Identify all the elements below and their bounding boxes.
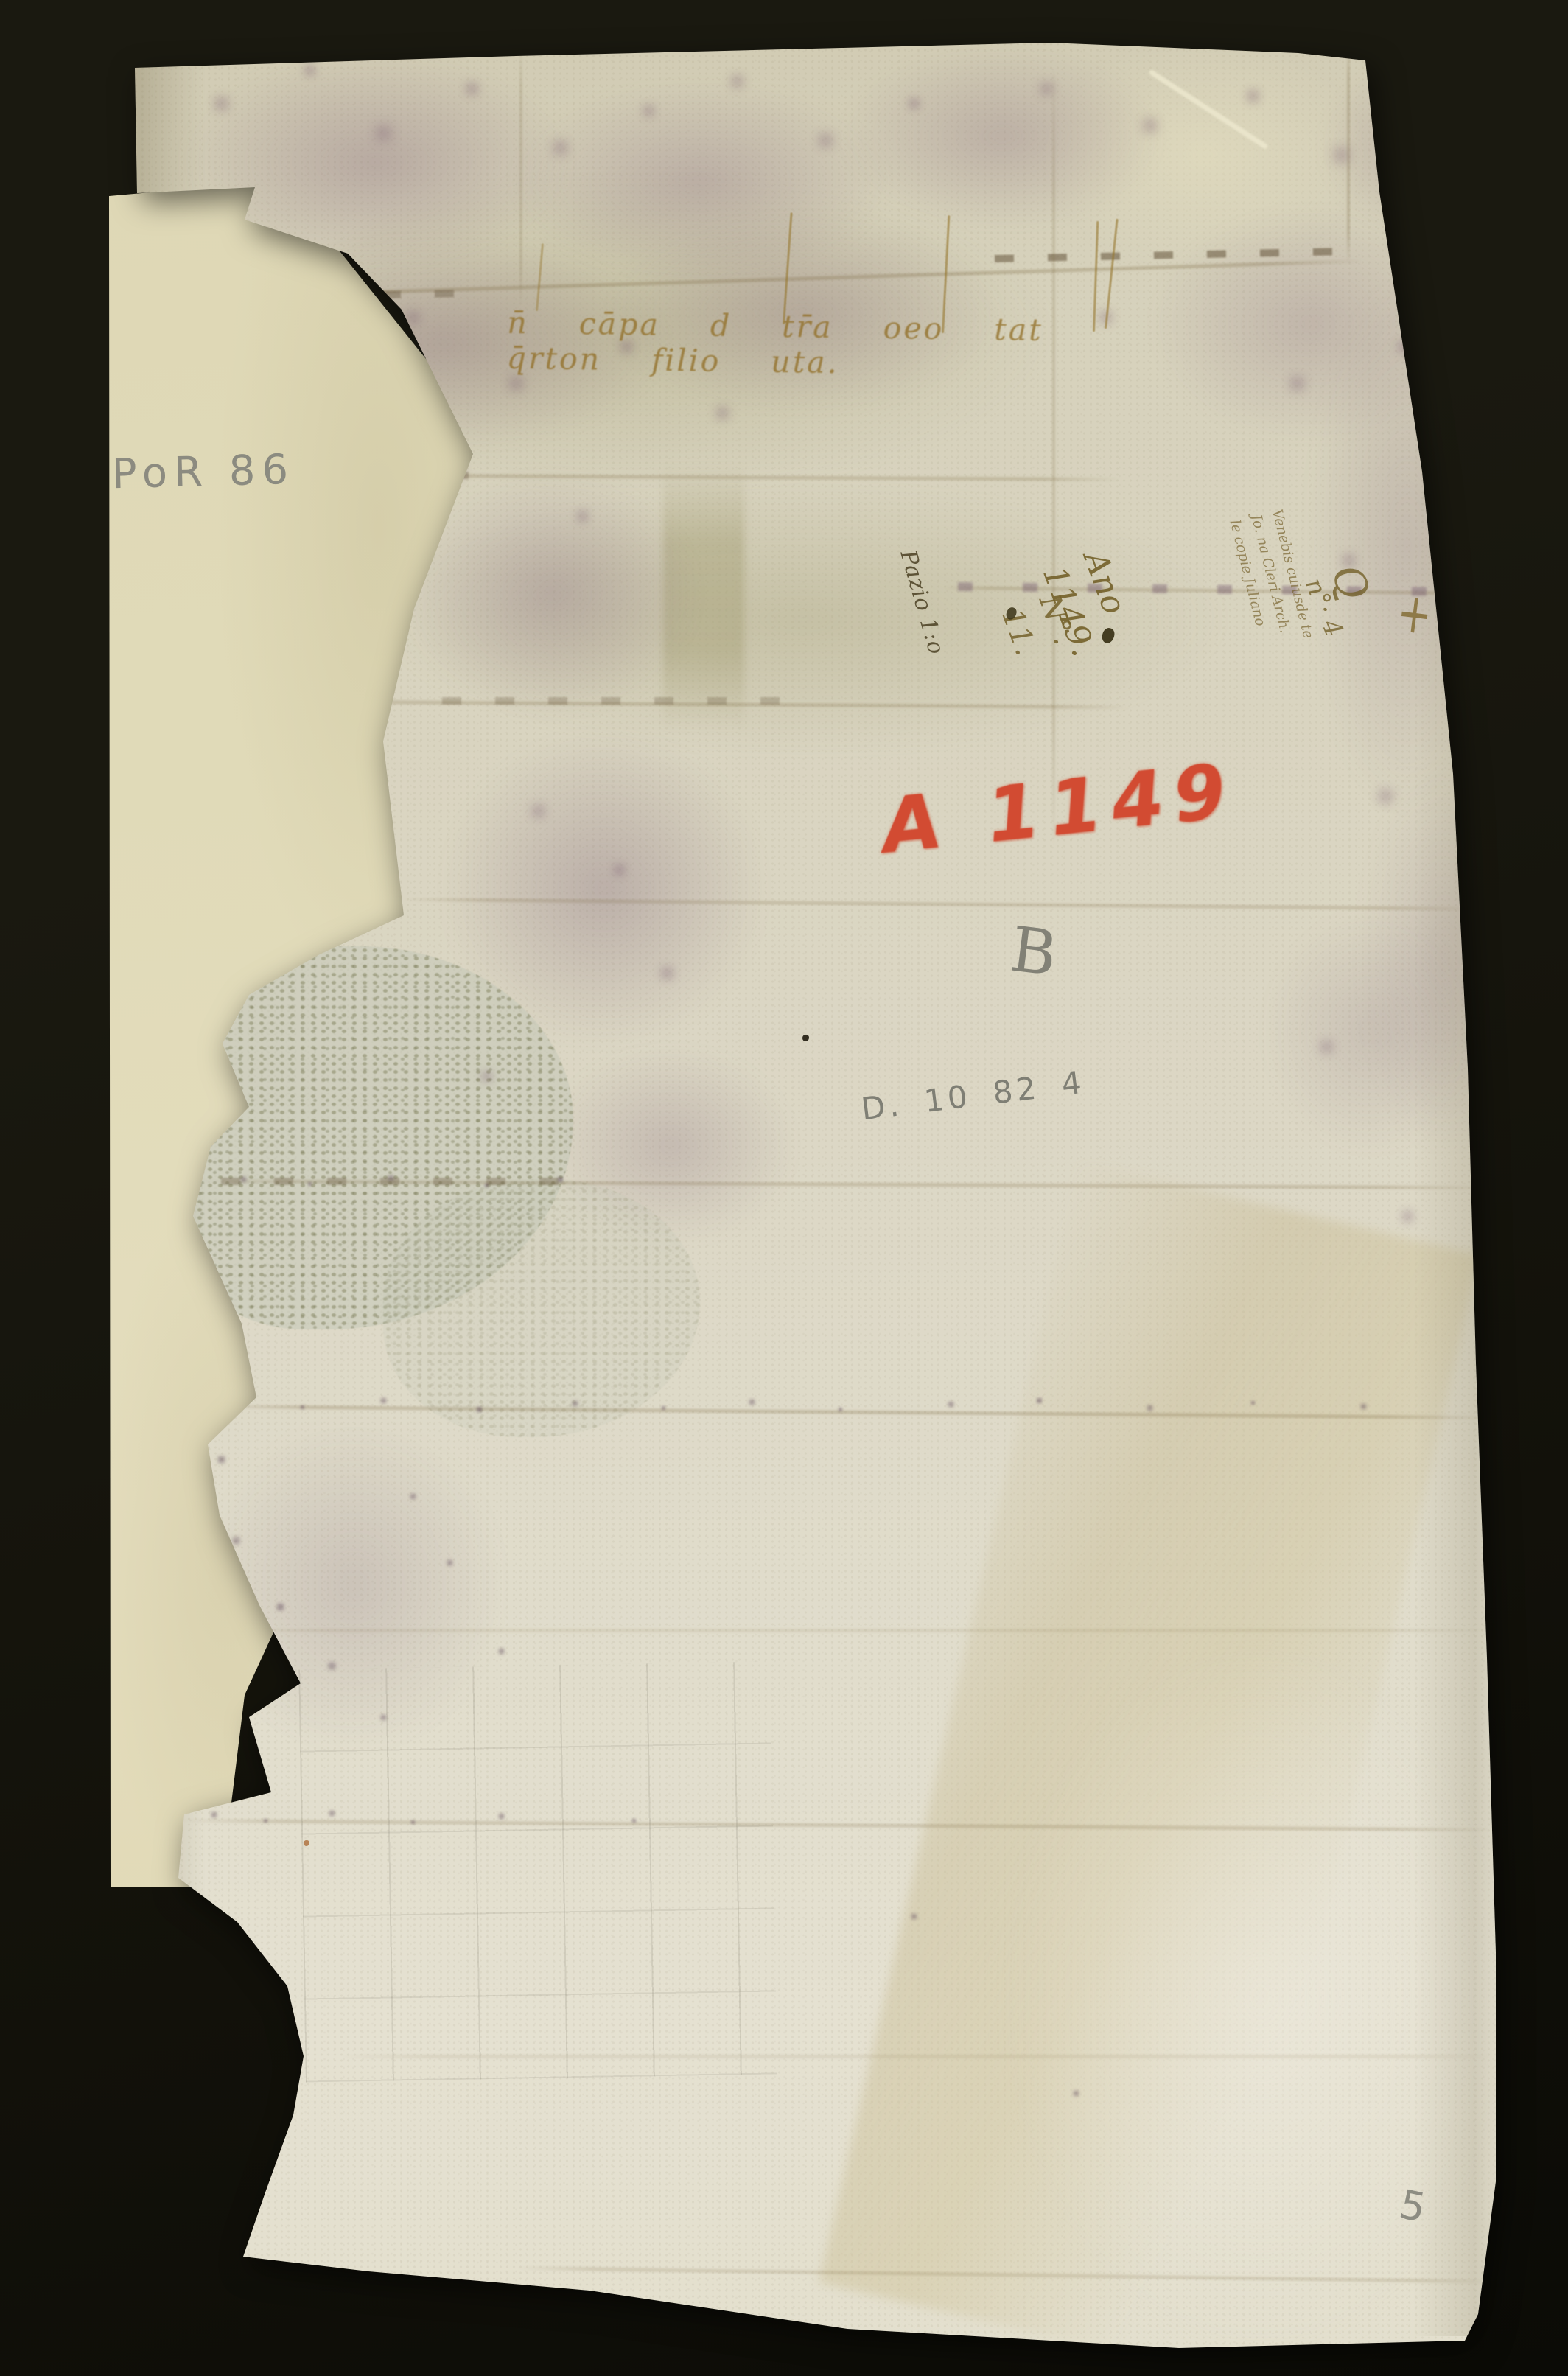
fold-dashes — [442, 697, 811, 705]
vertical-crease — [519, 48, 522, 306]
pencil-letter-b: B — [1007, 913, 1060, 990]
mottle-blob — [1149, 206, 1474, 442]
mottle-blob — [840, 44, 1164, 228]
vertical-crease — [1052, 66, 1055, 848]
left-edge-grime — [133, 59, 221, 1901]
faded-medieval-endorsement: n̄ cāpa d tr̄a oeo tat q̄rton filio uta. — [506, 305, 1155, 385]
parchment-sheet: n̄ cāpa d tr̄a oeo tat q̄rton filio uta.… — [0, 0, 1568, 2376]
mottle-speck-field — [0, 0, 1, 1]
vertical-crease — [1347, 43, 1350, 264]
right-edge-shading — [1413, 44, 1524, 2336]
parchment-wrap: n̄ cāpa d tr̄a oeo tat q̄rton filio uta.… — [0, 0, 1568, 2376]
mottle-blob — [1319, 59, 1525, 236]
mottle-blob — [1312, 280, 1503, 811]
fold-line — [221, 1629, 1492, 1632]
pencil-grid-lines — [298, 1661, 777, 2082]
fold-dashes — [184, 472, 494, 479]
fold-dashes — [221, 1178, 560, 1185]
photograph-of-parchment-verso: PoR 86 — [0, 0, 1568, 2376]
mottle-blob — [405, 472, 700, 715]
fold-speck-field — [0, 0, 1, 1]
